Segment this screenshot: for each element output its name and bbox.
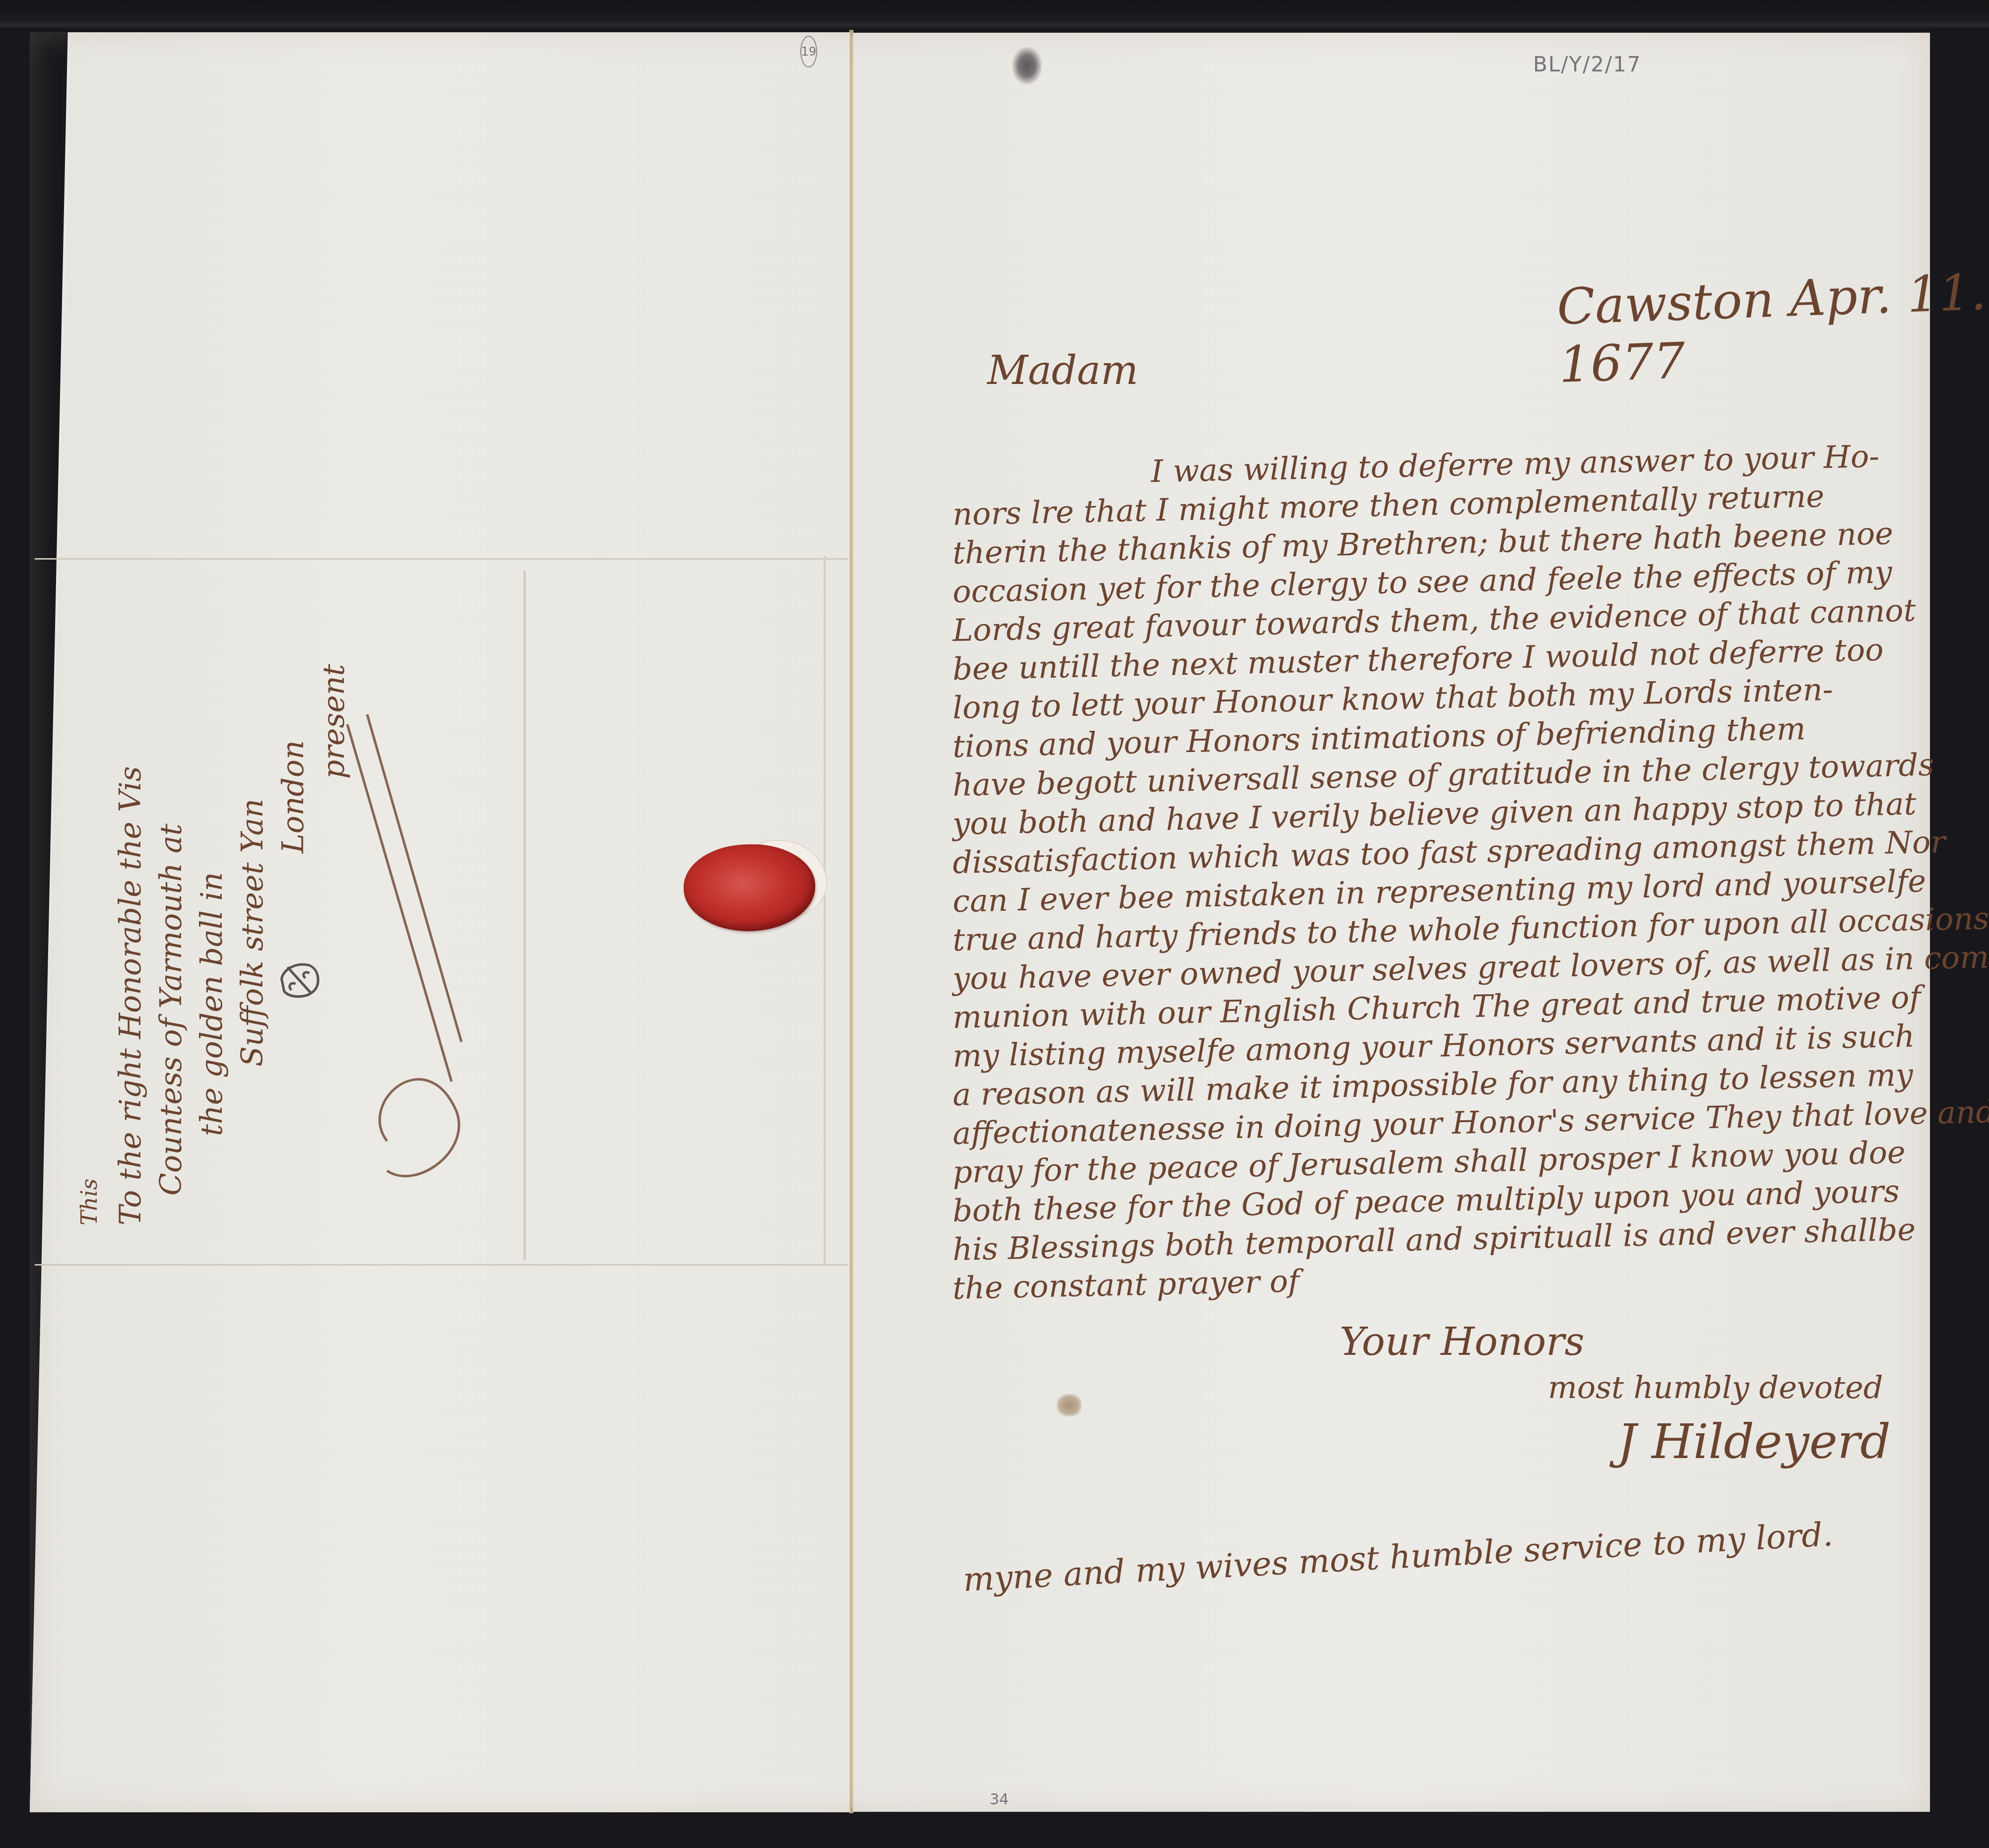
folio-number: 19: [801, 45, 817, 59]
archive-mount-background: [0, 0, 1989, 30]
address-line-city: London: [273, 561, 314, 1250]
letter-body: I was willing to deferre my answer to yo…: [953, 456, 1950, 1308]
ink-blot: [1012, 47, 1042, 84]
address-block: This To the right Honorable the Vis Coun…: [69, 561, 354, 1250]
closing-line: Your Honors: [1340, 1320, 1584, 1364]
folio-number-circle: 19: [800, 36, 817, 67]
address-line-recipient: To the right Honorable the Vis: [110, 561, 151, 1250]
center-fold-line: [849, 30, 853, 1813]
red-wax-seal: [684, 844, 815, 931]
closing-line-2: most humbly devoted: [1548, 1369, 1883, 1405]
salutation: Madam: [987, 347, 1138, 393]
address-flourish-icon: [327, 695, 476, 1230]
address-fold-line-2: [824, 556, 826, 1265]
address-line-street: Suffolk street Yan: [232, 561, 273, 1250]
paper-stain: [1057, 1394, 1082, 1416]
place-date-line: Cawston Apr. 11. 1677: [1556, 263, 1989, 394]
archive-reference: BL/Y/2/17: [1533, 52, 1641, 76]
postmark-icon: [277, 961, 324, 1001]
address-line-title: Countess of Yarmouth at: [151, 561, 192, 1250]
address-line-location: the golden ball in: [192, 561, 232, 1250]
bottom-pencil-number: 34: [990, 1791, 1009, 1808]
address-line-this: This: [69, 561, 110, 1250]
signature: J Hildeyerd: [1617, 1414, 1891, 1469]
address-fold-line: [523, 571, 526, 1260]
